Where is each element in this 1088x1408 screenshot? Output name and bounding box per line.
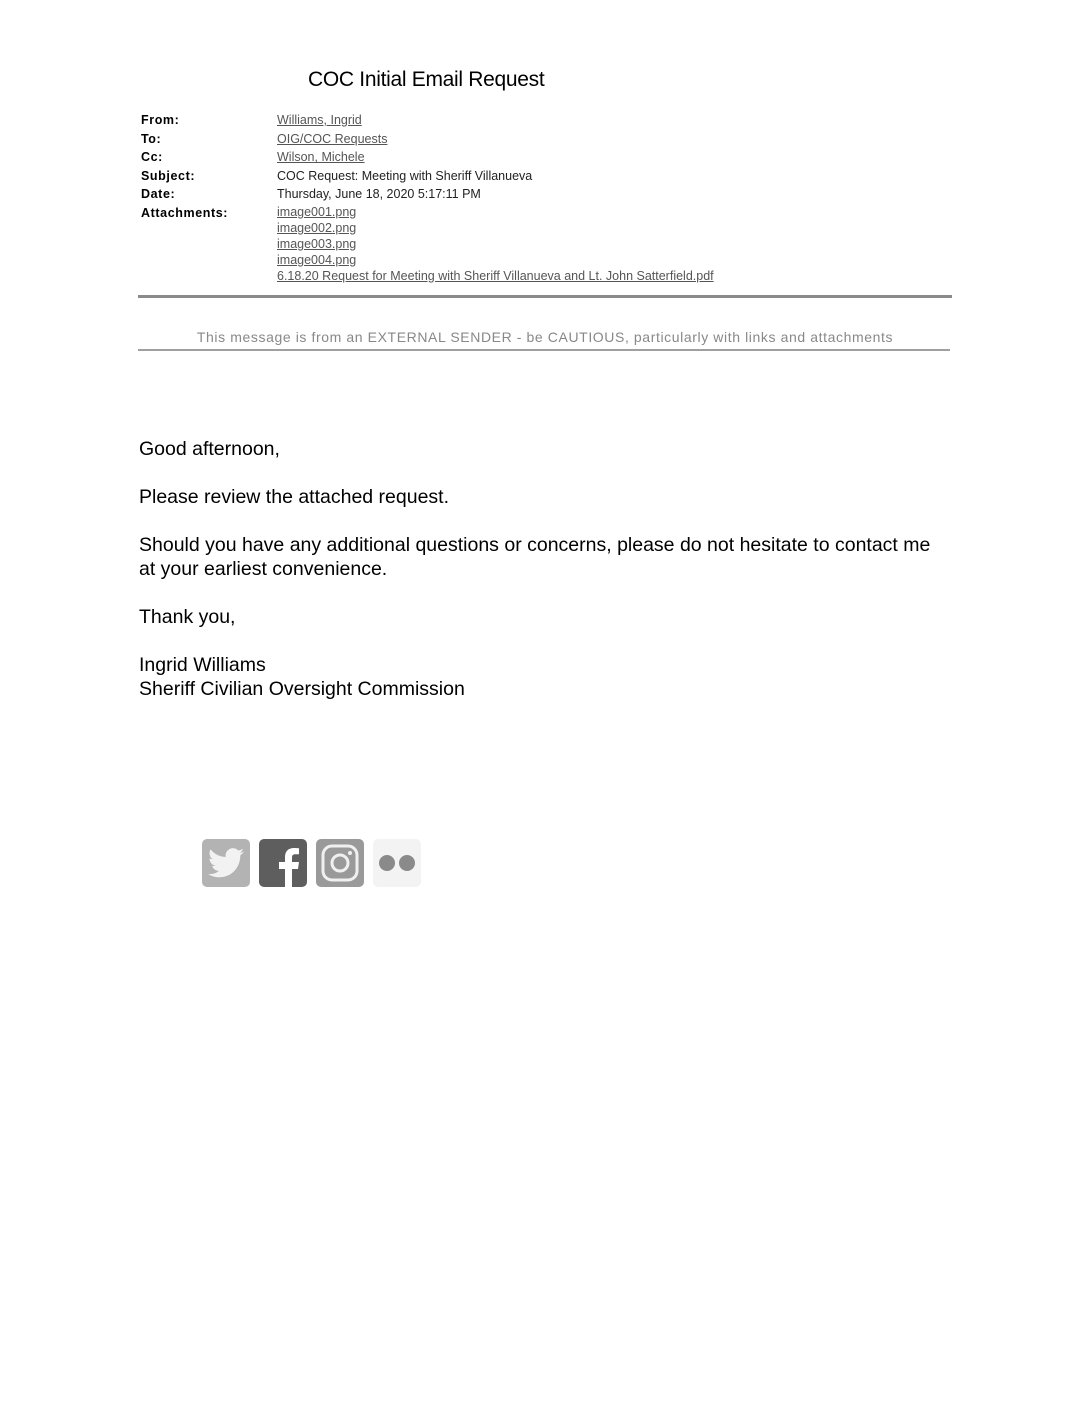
to-link[interactable]: OIG/COC Requests (277, 132, 387, 146)
attachment-link[interactable]: image002.png (277, 220, 714, 236)
attachment-link[interactable]: 6.18.20 Request for Meeting with Sheriff… (277, 268, 714, 284)
warning-divider (138, 349, 950, 351)
cc-label: Cc: (141, 148, 163, 167)
to-label: To: (141, 130, 161, 149)
attachment-link[interactable]: image004.png (277, 252, 714, 268)
cc-link[interactable]: Wilson, Michele (277, 150, 365, 164)
greeting: Good afternoon, (139, 437, 939, 461)
subject-label: Subject: (141, 167, 195, 186)
from-link[interactable]: Williams, Ingrid (277, 113, 362, 127)
facebook-icon[interactable] (259, 839, 307, 887)
flickr-icon[interactable] (373, 839, 421, 887)
attachment-link[interactable]: image001.png (277, 204, 714, 220)
attachments-label: Attachments: (141, 204, 228, 223)
external-sender-warning: This message is from an EXTERNAL SENDER … (138, 329, 952, 345)
body-line-1: Please review the attached request. (139, 485, 939, 509)
signature-org: Sheriff Civilian Oversight Commission (139, 677, 939, 701)
signature-name: Ingrid Williams (139, 653, 939, 677)
social-icons (202, 839, 421, 887)
body-line-2: Should you have any additional questions… (139, 533, 939, 581)
attachment-link[interactable]: image003.png (277, 236, 714, 252)
date-value: Thursday, June 18, 2020 5:17:11 PM (277, 185, 481, 204)
instagram-icon[interactable] (316, 839, 364, 887)
attachments-list: image001.png image002.png image003.png i… (277, 204, 714, 284)
closing: Thank you, (139, 605, 939, 629)
subject-value: COC Request: Meeting with Sheriff Villan… (277, 167, 532, 186)
email-body: Good afternoon, Please review the attach… (139, 437, 939, 701)
from-label: From: (141, 111, 179, 130)
page-title: COC Initial Email Request (308, 68, 544, 92)
twitter-icon[interactable] (202, 839, 250, 887)
date-label: Date: (141, 185, 175, 204)
header-divider (138, 295, 952, 298)
